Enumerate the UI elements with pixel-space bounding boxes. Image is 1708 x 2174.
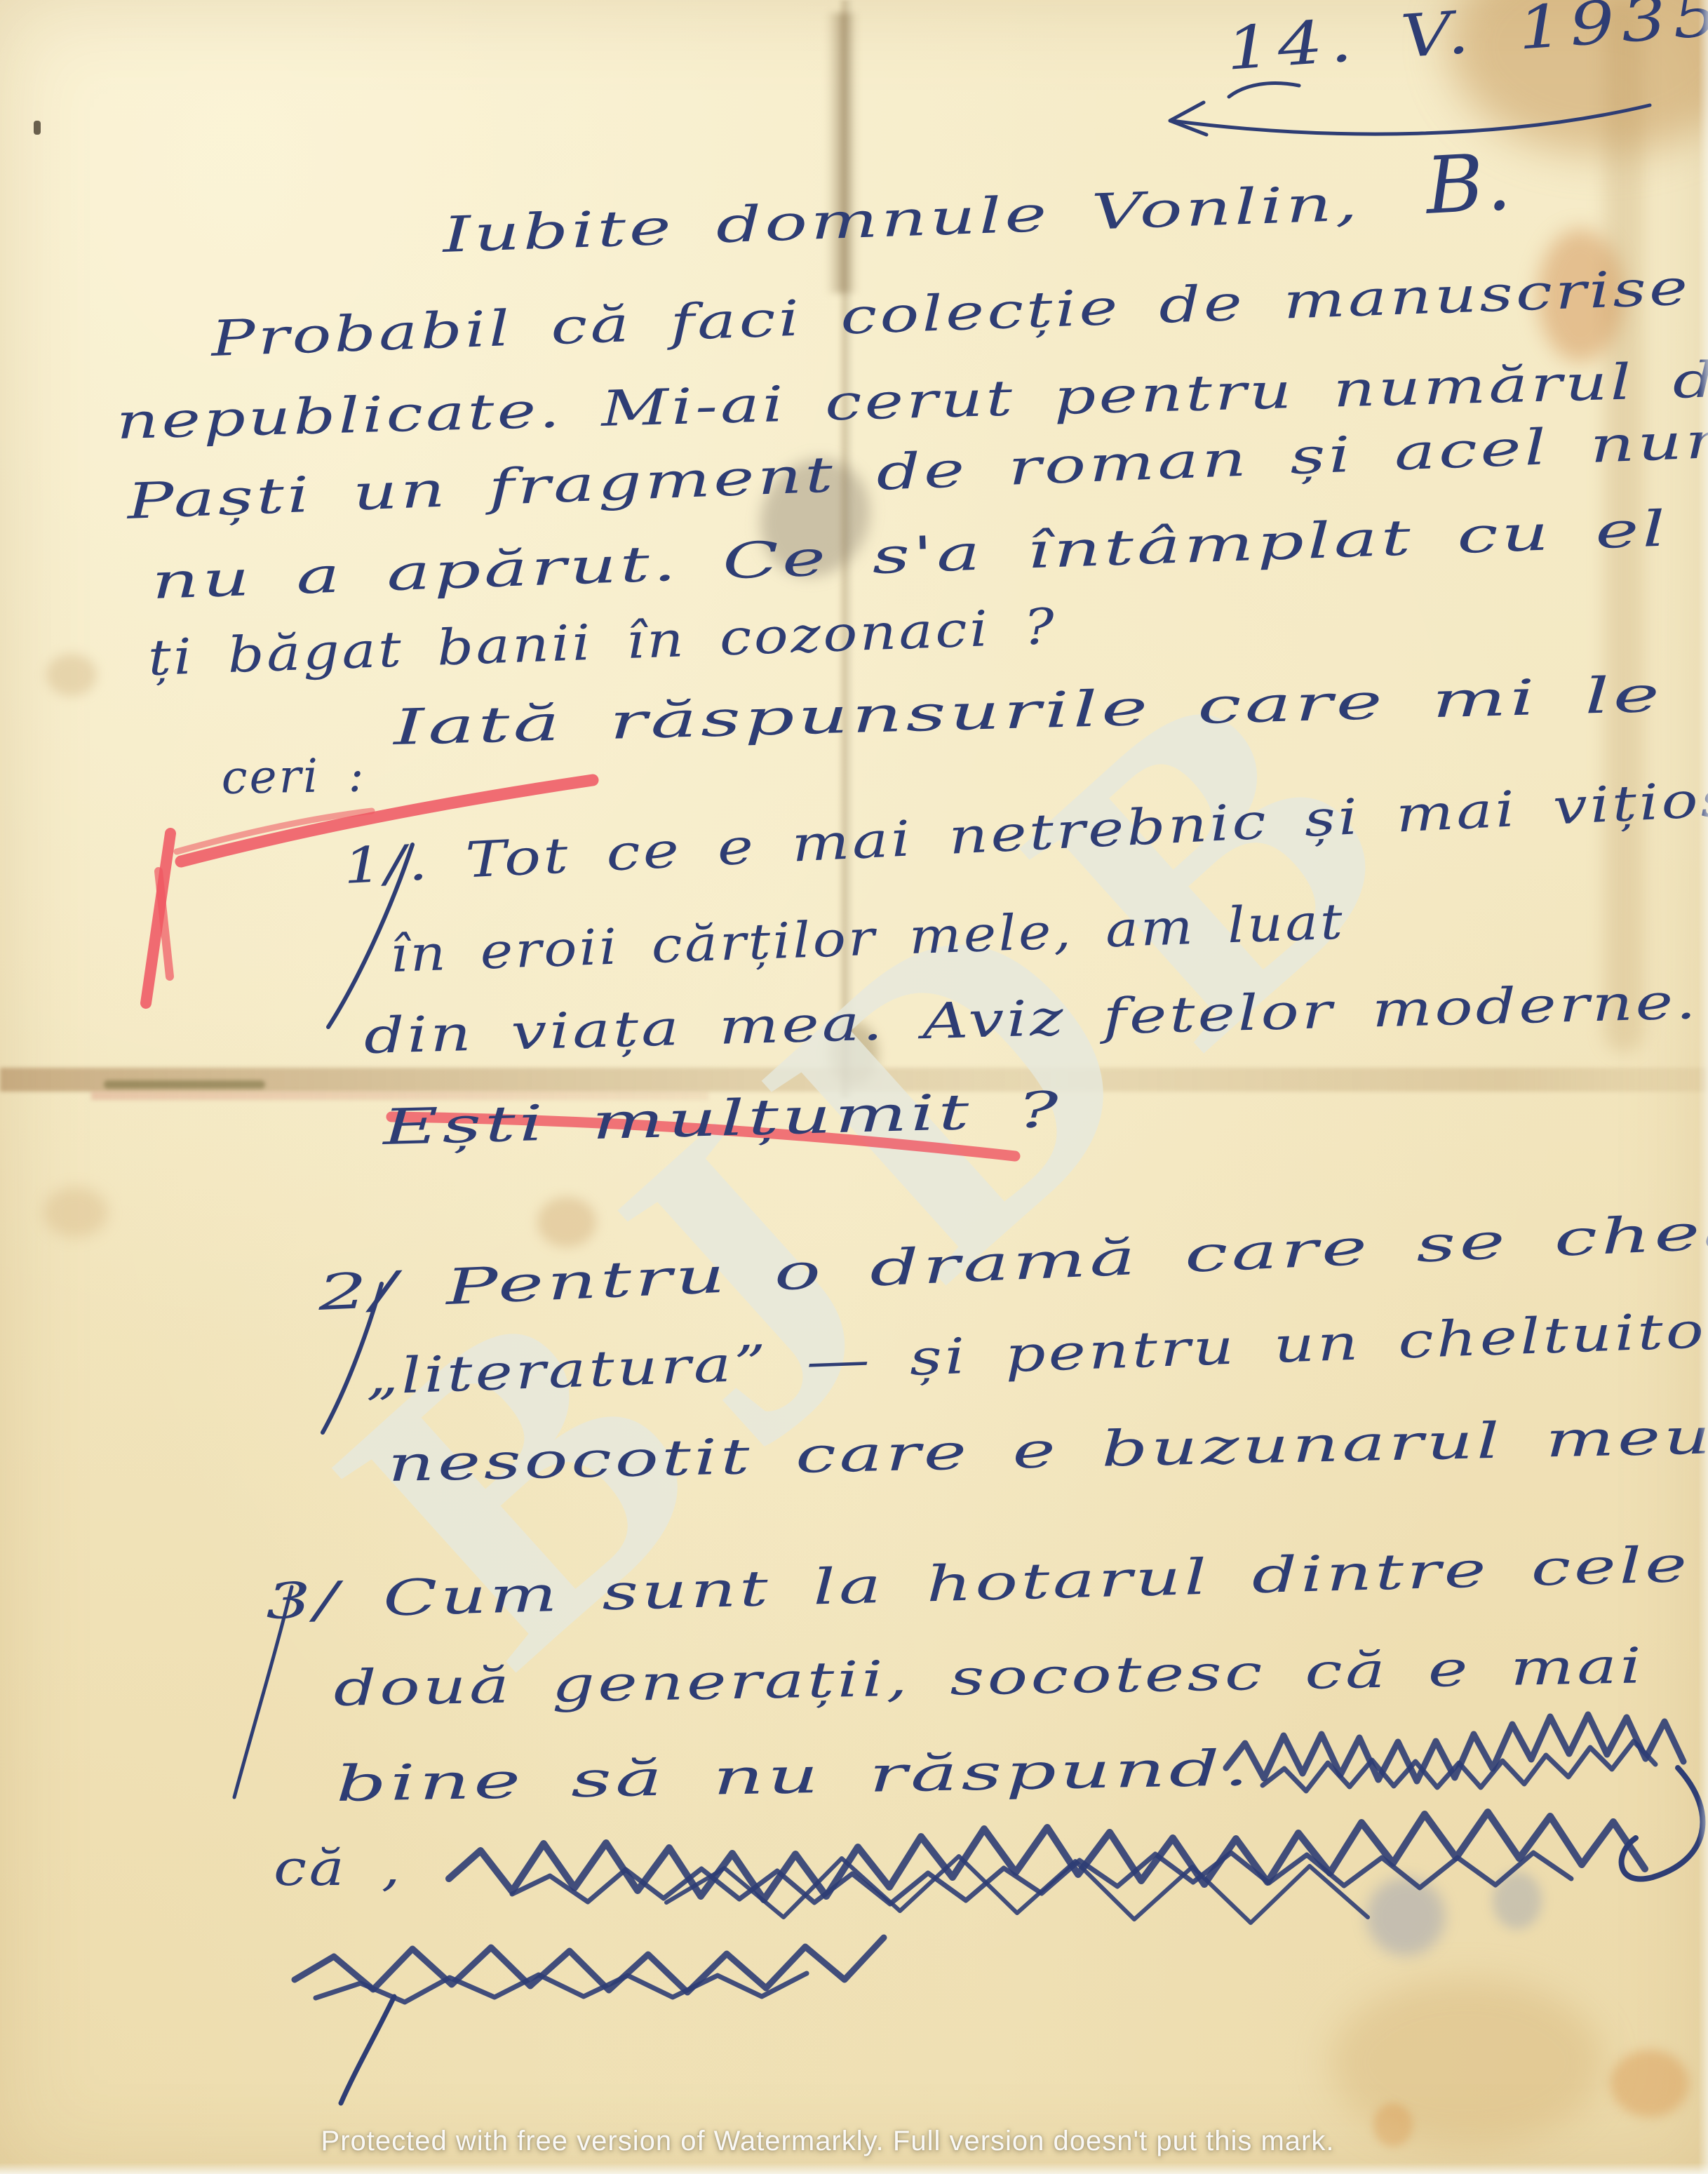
red-margin-mark-vertical-2 bbox=[159, 871, 170, 977]
letter-date: 14. V. 1935 bbox=[1224, 0, 1708, 79]
letter-line: nesocotit care e buzunarul meu. bbox=[387, 1411, 1708, 1489]
letter-line: „literatura” — și pentru un cheltuitor bbox=[365, 1305, 1708, 1402]
crossed-out-scribble bbox=[1226, 1715, 1683, 1781]
date-small-dash bbox=[1229, 83, 1299, 97]
crossed-out-scribble bbox=[512, 1853, 1571, 1904]
letter-line-item-3: 3/ Cum sunt la hotarul dintre cele bbox=[265, 1540, 1690, 1626]
letter-salutation: Iubite domnule Vonlin, bbox=[442, 178, 1361, 260]
letter-line: Iată răspunsurile care mi le bbox=[393, 670, 1663, 752]
date-underline-stroke bbox=[1171, 105, 1650, 134]
crossed-out-scribble bbox=[295, 1938, 884, 1992]
vertical-fold-crease-top bbox=[826, 13, 859, 293]
letter-line: două generații, socotesc că e mai bbox=[333, 1641, 1645, 1713]
scribble-tail bbox=[1622, 1768, 1703, 1879]
watermarkly-footer-text: Protected with free version of Watermark… bbox=[0, 2126, 1655, 2157]
date-underline-arrowhead bbox=[1170, 102, 1206, 135]
stain-mid-tan bbox=[537, 1197, 596, 1247]
scanned-letter-page: BJDB 14. V. 1935 B. Iubite domnule Vonli… bbox=[0, 0, 1708, 2174]
stain-bottom-right-large bbox=[1330, 1978, 1603, 2147]
scribble-slash bbox=[341, 1997, 394, 2103]
letter-line-item-1: 1/. Tot ce e mai netrebnic și mai vițios bbox=[342, 774, 1708, 891]
ink-smear-blue-1 bbox=[1366, 1877, 1445, 1956]
crossed-out-scribble bbox=[1263, 1741, 1655, 1791]
crossed-out-scribble bbox=[316, 1973, 807, 2002]
stain-left-small bbox=[46, 654, 97, 696]
letter-line: bine să nu răspund. bbox=[335, 1743, 1252, 1809]
red-margin-mark-vertical bbox=[146, 833, 170, 1003]
ink-smear-blue-2 bbox=[1493, 1872, 1542, 1929]
paper-speck bbox=[34, 121, 41, 135]
letter-line-crossed-prefix: că , bbox=[274, 1844, 403, 1893]
scan-edge-right bbox=[1698, 0, 1708, 2174]
scan-edge-bottom bbox=[0, 2163, 1708, 2174]
stain-left-mid bbox=[43, 1187, 108, 1237]
crossed-out-scribble bbox=[666, 1856, 1368, 1923]
letter-line: Probabil că faci colecție de manuscrise bbox=[210, 262, 1691, 363]
letter-monogram: B. bbox=[1424, 143, 1515, 226]
letter-line: din viața mea. Aviz fetelor moderne. bbox=[363, 977, 1699, 1061]
letter-line: ceri : bbox=[221, 752, 366, 801]
letter-line: ți băgat banii în cozonaci ? bbox=[147, 602, 1058, 683]
letter-line: în eroii cărților mele, am luat bbox=[389, 897, 1345, 979]
stain-orange-dot-1 bbox=[1611, 2050, 1689, 2117]
horizontal-fold-dark-marks bbox=[104, 1080, 265, 1089]
crossed-out-scribble bbox=[449, 1812, 1645, 1900]
letter-line-item-2: 2/ Pentru o dramă care se cheamă bbox=[317, 1200, 1708, 1317]
